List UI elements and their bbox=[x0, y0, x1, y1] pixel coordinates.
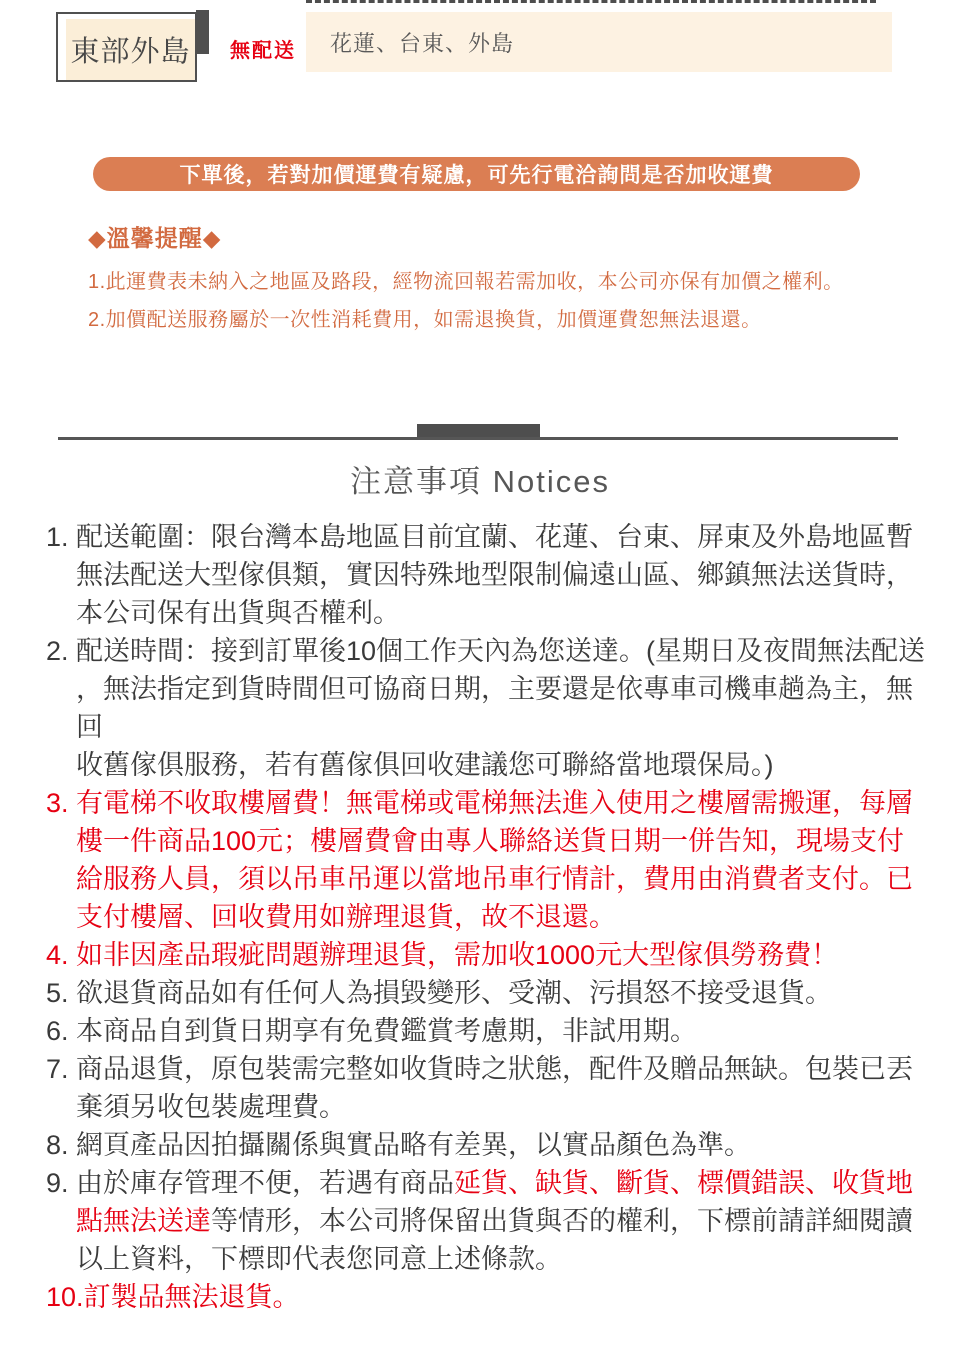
notice-number: 8. bbox=[46, 1126, 76, 1164]
notice-text-highlight: 訂製品無法退貨。 bbox=[84, 1282, 300, 1312]
notice-item: 9.由於庫存管理不便，若遇有商品延貨、缺貨、斷貨、標價錯誤、收貨地 點無法送達等… bbox=[46, 1164, 926, 1278]
notices-list: 1.配送範圍：限台灣本島地區目前宜蘭、花蓮、台東、屏東及外島地區暫 無法配送大型… bbox=[46, 518, 926, 1316]
notice-item: 5.欲退貨商品如有任何人為損毀變形、受潮、污損怒不接受退貨。 bbox=[46, 974, 926, 1012]
divider-line bbox=[58, 437, 898, 440]
notice-number: 9. bbox=[46, 1164, 76, 1202]
notice-item: 1.配送範圍：限台灣本島地區目前宜蘭、花蓮、台東、屏東及外島地區暫 無法配送大型… bbox=[46, 518, 926, 632]
notice-item: 4.如非因產品瑕疵問題辦理退貨，需加收1000元大型傢俱勞務費！ bbox=[46, 936, 926, 974]
notice-number: 5. bbox=[46, 974, 76, 1012]
notice-number: 6. bbox=[46, 1012, 76, 1050]
notice-number: 2. bbox=[46, 632, 76, 670]
zone-tag-box: 東部外島 bbox=[56, 12, 197, 82]
section-divider bbox=[58, 424, 898, 440]
notice-text: 商品退貨，原包裝需完整如收貨時之狀態，配件及贈品無缺。包裝已丟 棄須另收包裝處理… bbox=[76, 1054, 913, 1122]
notice-text-highlight: 如非因產品瑕疵問題辦理退貨，需加收1000元大型傢俱勞務費！ bbox=[76, 940, 838, 970]
reminder-title: ◆溫馨提醒◆ bbox=[88, 220, 844, 253]
area-list-cell: 花蓮、台東、外島 bbox=[306, 12, 892, 72]
notice-item: 6.本商品自到貨日期享有免費鑑賞考慮期，非試用期。 bbox=[46, 1012, 926, 1050]
notice-number: 7. bbox=[46, 1050, 76, 1088]
inquiry-banner: 下單後，若對加價運費有疑慮，可先行電洽詢問是否加收運費 bbox=[93, 157, 860, 191]
shipping-notices-page: 東部外島 無配送 花蓮、台東、外島 下單後，若對加價運費有疑慮，可先行電洽詢問是… bbox=[0, 0, 960, 1345]
notice-text: 配送時間：接到訂單後10個工作天內為您送達。(星期日及夜間無法配送 ，無法指定到… bbox=[76, 636, 925, 780]
notice-text: 欲退貨商品如有任何人為損毀變形、受潮、污損怒不接受退貨。 bbox=[76, 978, 832, 1008]
notice-number: 4. bbox=[46, 936, 76, 974]
notice-item: 7.商品退貨，原包裝需完整如收貨時之狀態，配件及贈品無缺。包裝已丟 棄須另收包裝… bbox=[46, 1050, 926, 1126]
notice-text: 由於庫存管理不便，若遇有商品 bbox=[76, 1168, 454, 1198]
notice-item: 8.網頁產品因拍攝關係與實品略有差異，以實品顏色為準。 bbox=[46, 1126, 926, 1164]
no-delivery-status: 無配送 bbox=[230, 34, 296, 63]
notice-number: 1. bbox=[46, 518, 76, 556]
notice-text: 網頁產品因拍攝關係與實品略有差異，以實品顏色為準。 bbox=[76, 1130, 751, 1160]
notice-item: 3.有電梯不收取樓層費！無電梯或電梯無法進入使用之樓層需搬運，每層 樓一件商品1… bbox=[46, 784, 926, 936]
table-bottom-dashed-line bbox=[306, 0, 876, 3]
notice-text: 本商品自到貨日期享有免費鑑賞考慮期，非試用期。 bbox=[76, 1016, 697, 1046]
notice-text: 配送範圍：限台灣本島地區目前宜蘭、花蓮、台東、屏東及外島地區暫 無法配送大型傢俱… bbox=[76, 522, 913, 628]
notice-number: 3. bbox=[46, 784, 76, 822]
notice-item: 2.配送時間：接到訂單後10個工作天內為您送達。(星期日及夜間無法配送 ，無法指… bbox=[46, 632, 926, 784]
zone-tag-corner-tab bbox=[196, 10, 209, 54]
reminder-note: 2.加價配送服務屬於一次性消耗費用，如需退換貨，加價運費恕無法退還。 bbox=[88, 301, 844, 339]
reminder-section: ◆溫馨提醒◆ 1.此運費表未納入之地區及路段，經物流回報若需加收，本公司亦保有加… bbox=[88, 220, 844, 339]
notices-heading: 注意事項 Notices bbox=[0, 456, 960, 501]
notice-number: 10. bbox=[46, 1278, 84, 1316]
notice-item: 10.訂製品無法退貨。 bbox=[46, 1278, 926, 1316]
zone-tag-label: 東部外島 bbox=[66, 19, 195, 80]
reminder-note: 1.此運費表未納入之地區及路段，經物流回報若需加收，本公司亦保有加價之權利。 bbox=[88, 263, 844, 301]
reminder-notes: 1.此運費表未納入之地區及路段，經物流回報若需加收，本公司亦保有加價之權利。2.… bbox=[88, 263, 844, 339]
divider-center-tab bbox=[417, 424, 540, 437]
notice-text-highlight: 有電梯不收取樓層費！無電梯或電梯無法進入使用之樓層需搬運，每層 樓一件商品100… bbox=[76, 788, 913, 932]
